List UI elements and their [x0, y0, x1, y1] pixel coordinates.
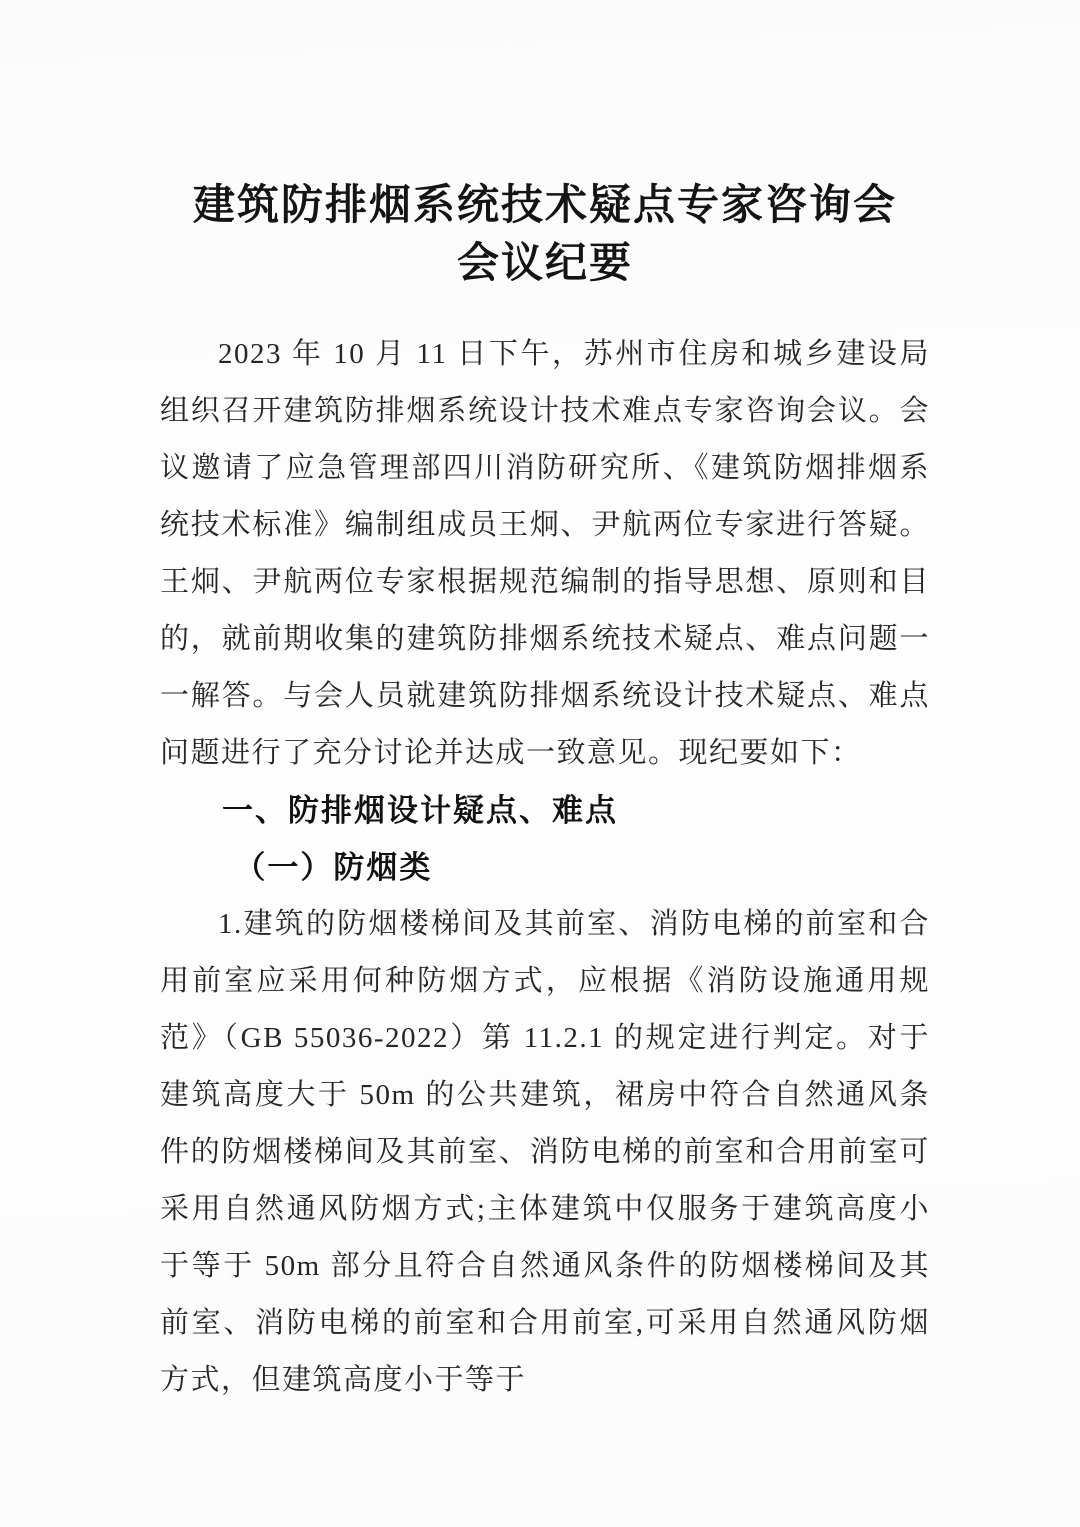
section-heading-1: 一、防排烟设计疑点、难点	[160, 782, 930, 839]
document-title-line2: 会议纪要	[457, 239, 633, 286]
subsection-heading-1: （一）防烟类	[160, 839, 930, 896]
document-page: 建筑防排烟系统技术疑点专家咨询会 会议纪要 2023 年 10 月 11 日下午…	[0, 0, 1080, 1527]
document-title: 建筑防排烟系统技术疑点专家咨询会 会议纪要	[160, 176, 930, 292]
item1-paragraph: 1.建筑的防烟楼梯间及其前室、消防电梯的前室和合用前室应采用何种防烟方式，应根据…	[160, 896, 930, 1409]
document-title-line1: 建筑防排烟系统技术疑点专家咨询会	[193, 181, 897, 228]
intro-paragraph: 2023 年 10 月 11 日下午，苏州市住房和城乡建设局组织召开建筑防排烟系…	[160, 326, 930, 782]
